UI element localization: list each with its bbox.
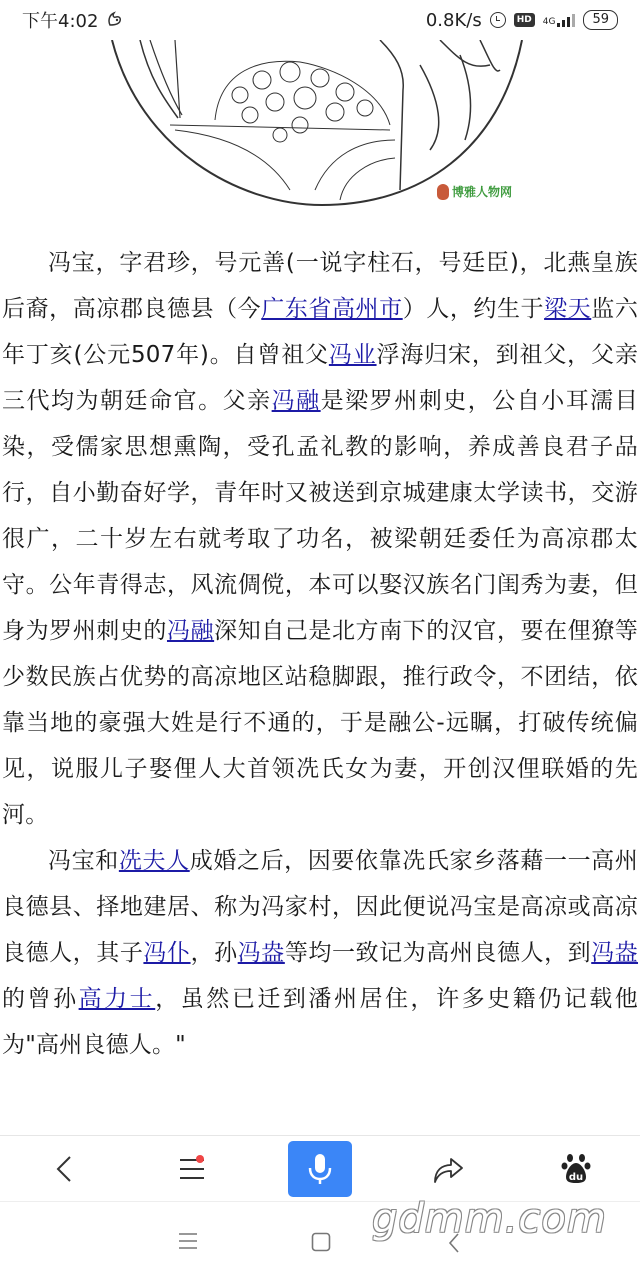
menu-button[interactable] <box>160 1141 224 1197</box>
chevron-left-icon <box>54 1154 74 1184</box>
link-feng-pu[interactable]: 冯仆 <box>143 940 190 966</box>
link-liang-tian[interactable]: 梁天 <box>544 296 591 322</box>
link-feng-rong[interactable]: 冯融 <box>272 388 321 414</box>
clock: 下午4:02 <box>22 7 98 33</box>
hd-icon: HD <box>514 13 535 27</box>
status-bar: 下午4:02 0.8K/s HD 4G 59 <box>0 0 640 40</box>
site-watermark: gdmm.com <box>372 1196 607 1242</box>
net-speed: 0.8K/s <box>426 10 482 31</box>
paragraph-1: 冯宝，字君珍，号元善(一说字柱石，号廷臣)，北燕皇族后裔，高凉郡良德县（今广东省… <box>0 240 640 838</box>
share-icon <box>432 1154 464 1184</box>
link-guangdong-gaozhou[interactable]: 广东省高州市 <box>261 296 402 322</box>
svg-text:du: du <box>569 1172 583 1183</box>
article-illustration: 博雅人物网 <box>0 40 640 215</box>
image-watermark: 博雅人物网 <box>437 183 512 200</box>
link-gao-lishi[interactable]: 高力士 <box>79 986 156 1012</box>
home-button[interactable] <box>311 1232 331 1256</box>
alarm-icon <box>490 12 506 28</box>
paragraph-2: 冯宝和冼夫人成婚之后，因要依靠冼氏家乡落藉一一高州良德县、择地建居、称为冯家村，… <box>0 838 640 1068</box>
recents-icon <box>178 1232 198 1250</box>
link-feng-ye[interactable]: 冯业 <box>329 342 377 368</box>
home-icon <box>311 1232 331 1252</box>
notification-badge <box>196 1155 204 1163</box>
squirrel-icon <box>106 9 124 31</box>
microphone-icon <box>307 1152 333 1186</box>
back-button[interactable] <box>32 1141 96 1197</box>
article-body: 冯宝，字君珍，号元善(一说字柱石，号廷臣)，北燕皇族后裔，高凉郡良德县（今广东省… <box>0 240 640 1068</box>
opera-mask-icon <box>437 184 449 200</box>
link-feng-ang[interactable]: 冯盎 <box>238 940 285 966</box>
link-feng-rong-2[interactable]: 冯融 <box>167 618 214 644</box>
browser-toolbar: du <box>0 1135 640 1202</box>
link-xian-furen[interactable]: 冼夫人 <box>119 848 190 874</box>
battery-indicator: 59 <box>583 10 618 30</box>
share-button[interactable] <box>416 1141 480 1197</box>
baidu-paw-icon: du <box>561 1153 591 1185</box>
recents-button[interactable] <box>178 1232 198 1254</box>
voice-search-button[interactable] <box>288 1141 352 1197</box>
baidu-button[interactable]: du <box>544 1141 608 1197</box>
4g-signal-icon: 4G <box>543 13 576 27</box>
link-feng-ang-2[interactable]: 冯盎 <box>591 940 638 966</box>
